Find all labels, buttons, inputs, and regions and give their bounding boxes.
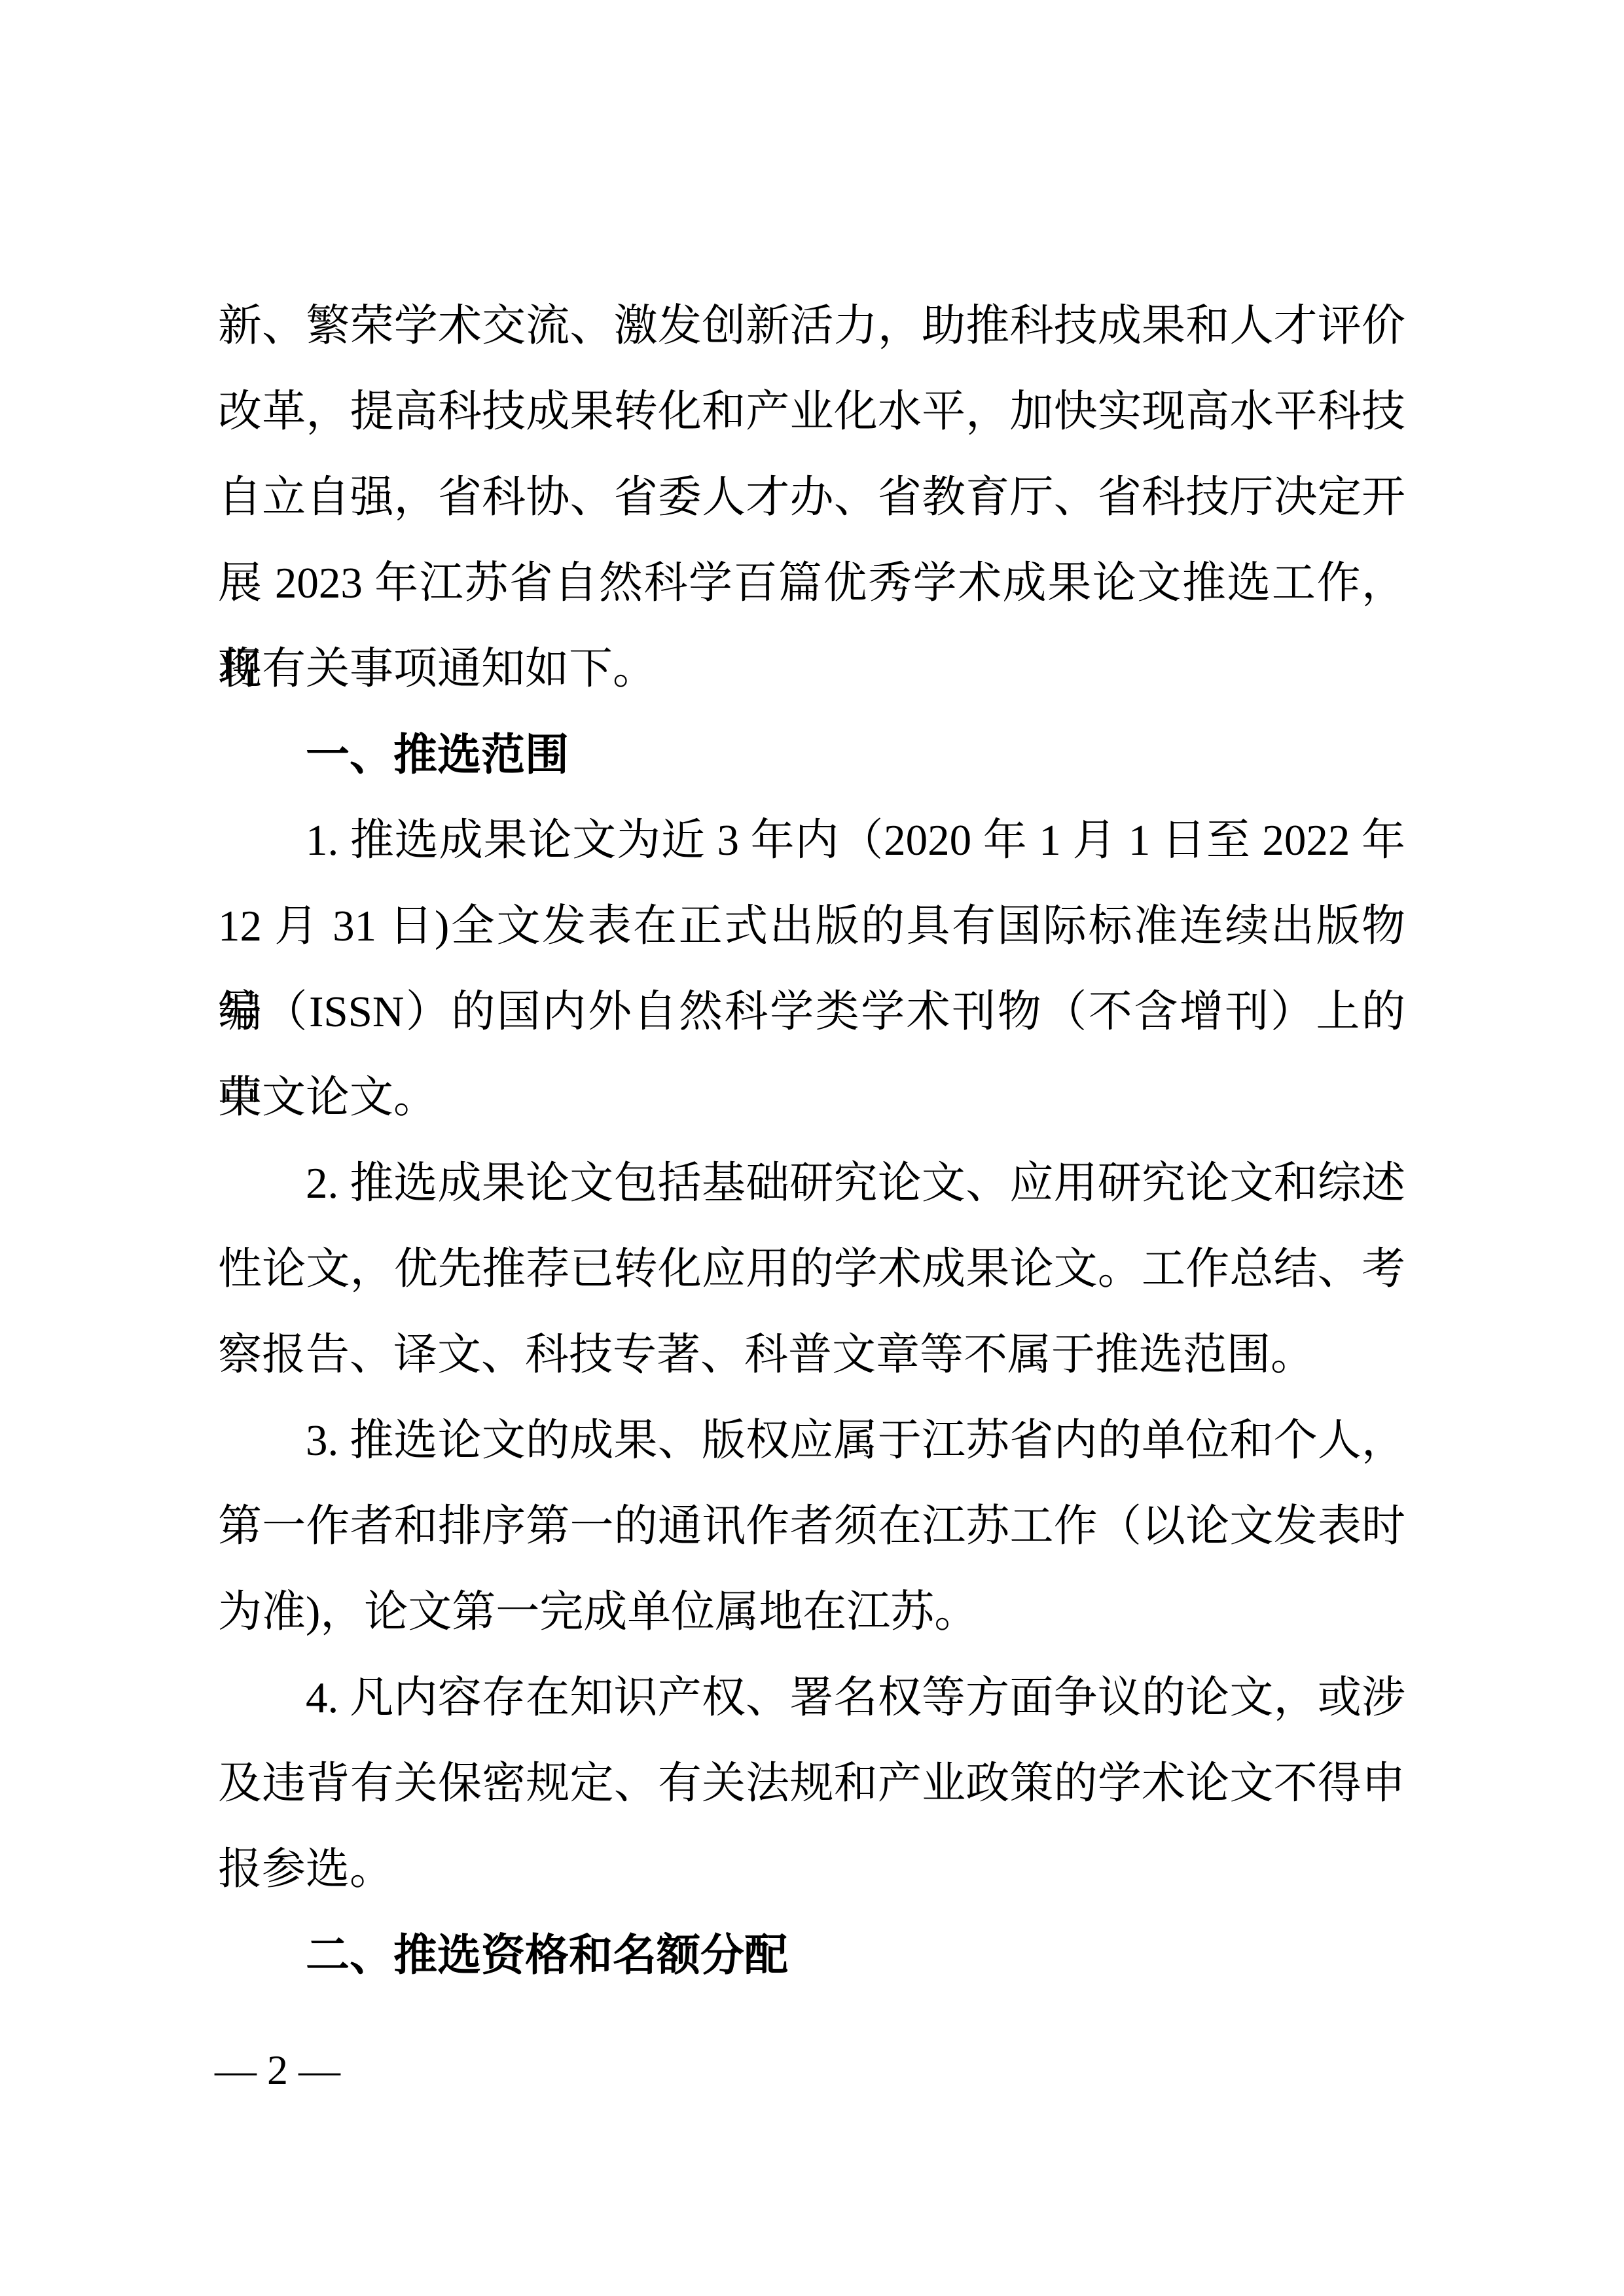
body-line: 为准)，论文第一完成单位属地在江苏。 bbox=[218, 1570, 1405, 1655]
body-line: 英文论文。 bbox=[218, 1055, 1405, 1141]
body-line: 自立自强，省科协、省委人才办、省教育厅、省科技厅决定开 bbox=[218, 455, 1405, 541]
body-line: 1. 推选成果论文为近 3 年内（2020 年 1 月 1 日至 2022 年 bbox=[218, 798, 1405, 884]
body-line: 报参选。 bbox=[218, 1827, 1405, 1912]
body-line: 新、繁荣学术交流、激发创新活力，助推科技成果和人才评价 bbox=[218, 283, 1405, 369]
body-line: 第一作者和排序第一的通讯作者须在江苏工作（以论文发表时 bbox=[218, 1484, 1405, 1570]
body-line: 将有关事项通知如下。 bbox=[218, 626, 1405, 712]
document-page: 新、繁荣学术交流、激发创新活力，助推科技成果和人才评价 改革，提高科技成果转化和… bbox=[0, 0, 1624, 2296]
body-line: 改革，提高科技成果转化和产业化水平，加快实现高水平科技 bbox=[218, 369, 1405, 455]
section-heading: 一、推选范围 bbox=[218, 712, 1405, 798]
body-line: 2. 推选成果论文包括基础研究论文、应用研究论文和综述 bbox=[218, 1141, 1405, 1227]
section-heading: 二、推选资格和名额分配 bbox=[218, 1912, 1405, 1998]
body-line: 12 月 31 日)全文发表在正式出版的具有国际标准连续出版物编 bbox=[218, 884, 1405, 969]
body-line: 号（ISSN）的国内外自然科学类学术刊物（不含增刊）上的中 bbox=[218, 969, 1405, 1055]
page-footer: — 2 — bbox=[215, 2047, 340, 2093]
body-line: 察报告、译文、科技专著、科普文章等不属于推选范围。 bbox=[218, 1312, 1405, 1398]
body-line: 展 2023 年江苏省自然科学百篇优秀学术成果论文推选工作，现 bbox=[218, 541, 1405, 626]
body-line: 及违背有关保密规定、有关法规和产业政策的学术论文不得申 bbox=[218, 1741, 1405, 1827]
body-line: 性论文，优先推荐已转化应用的学术成果论文。工作总结、考 bbox=[218, 1227, 1405, 1312]
document-body: 新、繁荣学术交流、激发创新活力，助推科技成果和人才评价 改革，提高科技成果转化和… bbox=[218, 283, 1405, 1998]
body-line: 4. 凡内容存在知识产权、署名权等方面争议的论文，或涉 bbox=[218, 1655, 1405, 1741]
page-number: — 2 — bbox=[215, 2047, 340, 2093]
body-line: 3. 推选论文的成果、版权应属于江苏省内的单位和个人， bbox=[218, 1398, 1405, 1484]
